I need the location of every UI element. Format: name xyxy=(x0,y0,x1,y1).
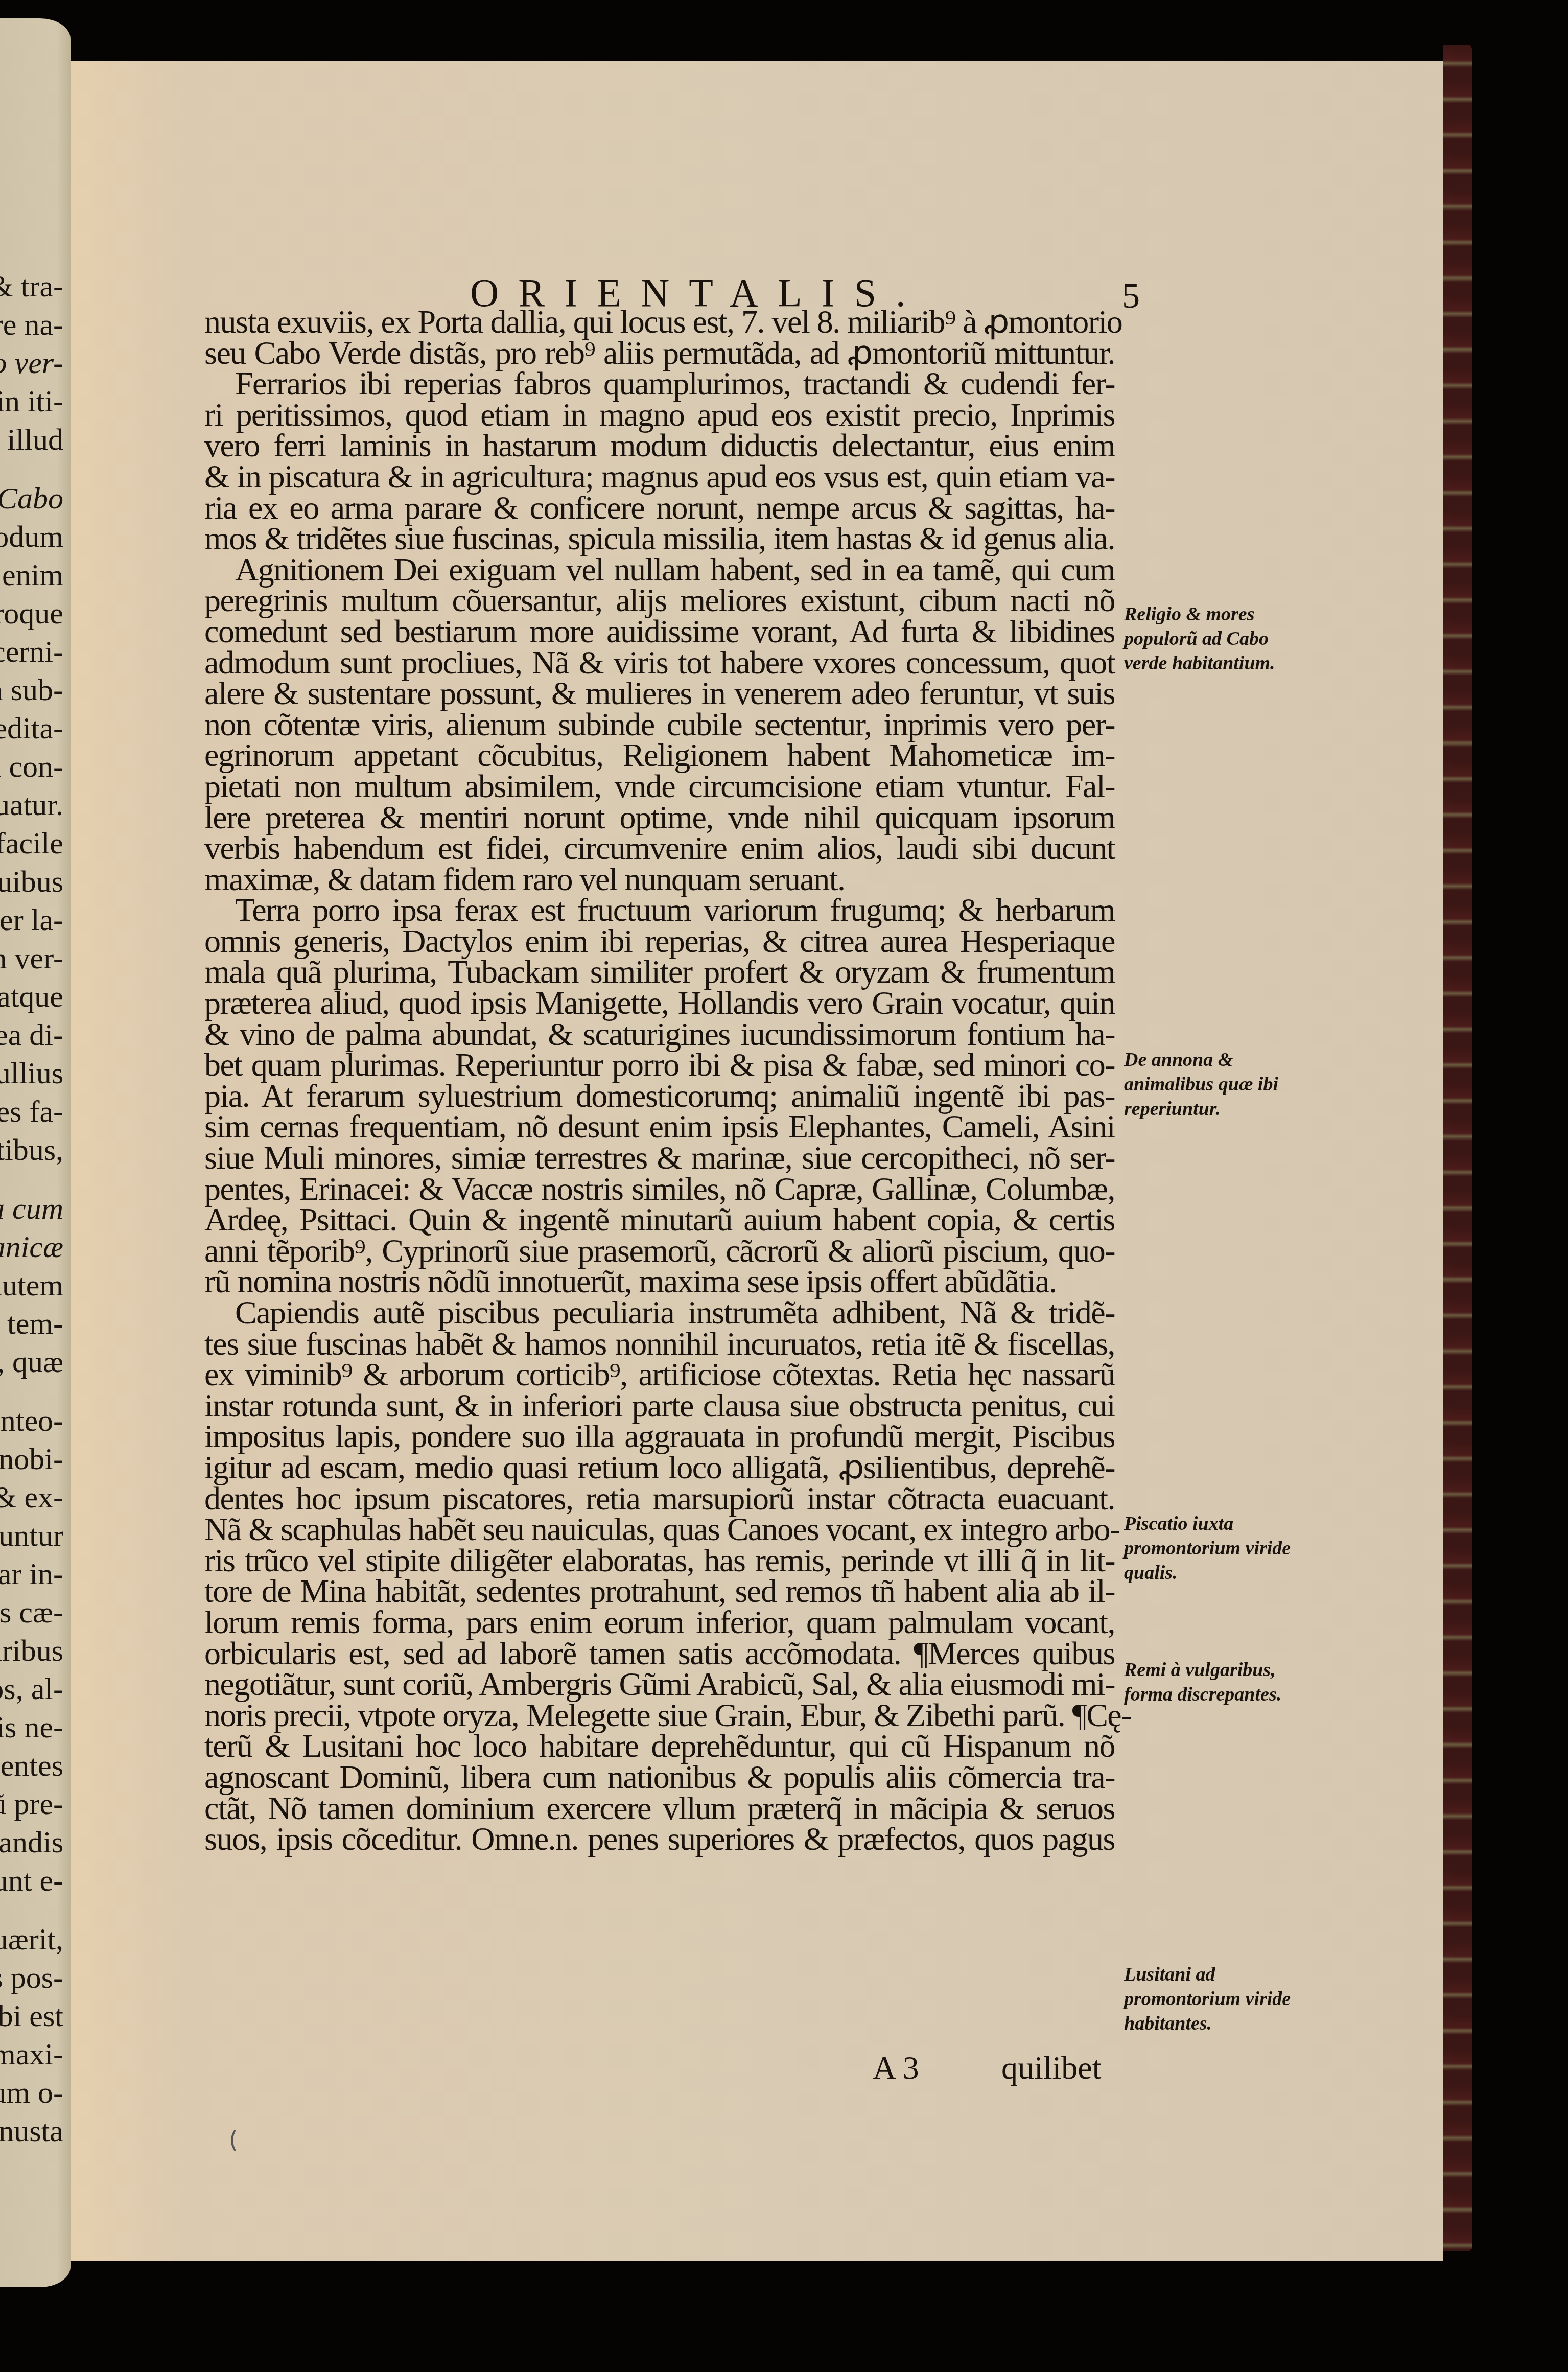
text-line: alere & sustentare possunt, & mulieres i… xyxy=(204,678,1115,709)
left-page-text-line: estiuntur xyxy=(0,1520,63,1551)
margin-note-fishing: Piscatio iuxta promontorium viride quali… xyxy=(1124,1511,1293,1585)
text-line: ctãt, Nõ tamen dominium exercere vllum p… xyxy=(204,1793,1115,1824)
left-page-text-line: casum ver- xyxy=(0,943,63,973)
text-line: orbicularis est, sed ad laborẽ tamen sat… xyxy=(204,1638,1115,1669)
left-page-text-line: a discerni- xyxy=(0,636,63,667)
left-page-text-line: onunt e- xyxy=(0,1865,63,1896)
page-number: 5 xyxy=(1122,276,1140,317)
text-line: ri peritissimos, quod etiam in magno apu… xyxy=(204,400,1115,431)
left-page-text-line: ui linteo- xyxy=(0,1405,63,1436)
text-line: agnoscant Dominũ, libera cum nationibus … xyxy=(204,1762,1115,1793)
text-line: Agnitionem Dei exiguam vel nullam habent… xyxy=(204,554,1115,586)
left-page-text-line: uium sub- xyxy=(0,675,63,705)
margin-note-oars: Remi à vulgaribus, forma discrepantes. xyxy=(1124,1658,1293,1707)
text-line: bet quam plurimas. Reperiuntur porro ibi… xyxy=(204,1050,1115,1081)
left-page-text-line: imul atque xyxy=(0,981,63,1012)
text-line: Capiendis autẽ piscibus peculiaria instr… xyxy=(204,1297,1115,1329)
left-page-text-line: hæc tem- xyxy=(0,1308,63,1339)
text-line: admodum sunt procliues, Nã & viris tot h… xyxy=(204,647,1115,679)
text-line: Terra porro ipsa ferax est fructuum vari… xyxy=(204,895,1115,926)
catchword: quilibet xyxy=(1001,2049,1102,2087)
text-line: anni tẽporib⁹, Cyprinorũ siue prasemorũ,… xyxy=(204,1236,1115,1267)
text-line: siue Muli minores, simiæ terrestres & ma… xyxy=(204,1143,1115,1174)
left-page-text-line: us ab ea di- xyxy=(0,1019,63,1050)
left-page-text-line: cruribus xyxy=(0,1635,63,1666)
text-line: tes siue fuscinas habẽt & hamos nonnihil… xyxy=(204,1329,1115,1360)
left-page-text-line: nusta xyxy=(0,2115,63,2146)
pencil-mark: ( xyxy=(229,2126,238,2153)
text-line: & in piscatura & in agricultura; magnus … xyxy=(204,461,1115,493)
text-line: egrinorum appetant cõcubitus, Religionem… xyxy=(204,740,1115,771)
text-line: dentes hoc ipsum piscatores, retia marsu… xyxy=(204,1483,1115,1515)
left-page-text-line: ollandis xyxy=(0,1827,63,1857)
text-line: suos, ipsis cõceditur. Omne.n. penes sup… xyxy=(204,1824,1115,1855)
left-page-text-line: aquærit, xyxy=(0,1924,63,1955)
left-page-text-line: uas pos- xyxy=(0,1962,63,1993)
text-line: pia. At ferarum syluestrium domesticorum… xyxy=(204,1081,1115,1112)
text-line: igitur ad escam, medio quasi retium loco… xyxy=(204,1452,1115,1483)
text-line: Ferrarios ibi reperias fabros quamplurim… xyxy=(204,368,1115,400)
left-page-text-line: num enim xyxy=(0,560,63,590)
left-page-text-line: n naues fa- xyxy=(0,1096,63,1127)
left-page-text-line: variis cæ- xyxy=(0,1597,63,1627)
left-page-text-line: us ibi est xyxy=(0,2001,63,2031)
left-page-text-line: unt, quæ xyxy=(0,1346,63,1377)
text-line: ria ex eo arma parare & conficere norunt… xyxy=(204,493,1115,524)
margin-note-food-animals: De annona & animalibus quæ ibi reperiunt… xyxy=(1124,1048,1293,1121)
text-line: non cõtentæ viris, alienum subinde cubil… xyxy=(204,709,1115,740)
text-line: verbis habendum est fidei, circumvenire … xyxy=(204,833,1115,864)
text-line: nusta exuviis, ex Porta dallia, qui locu… xyxy=(204,307,1115,338)
left-page-fragment: pe & tra-linare na-e, Cabo ver-aues in i… xyxy=(0,18,71,2287)
left-page-text-line: oum o- xyxy=(0,2077,63,2108)
left-page-text-line: larũ pre- xyxy=(0,1788,63,1819)
text-line: Nã & scaphulas habẽt seu nauiculas, quas… xyxy=(204,1514,1115,1545)
left-page-text-line: instar in- xyxy=(0,1559,63,1589)
margin-note-religion: Religio & mores populorũ ad Cabo verde h… xyxy=(1124,602,1293,676)
left-page-text-line: linare na- xyxy=(0,309,63,340)
left-page-text-line: mo nullius xyxy=(0,1058,63,1088)
left-page-text-line: n nauibus xyxy=(0,866,63,897)
text-line: comedunt sed bestiarum more auidissime v… xyxy=(204,616,1115,647)
left-page-text-line: idem con- xyxy=(0,751,63,782)
text-line: pietati non multum absimilem, vnde circu… xyxy=(204,771,1115,802)
text-line: instar rotunda sunt, & in inferiori part… xyxy=(204,1390,1115,1422)
text-line: ex viminib⁹ & arborum corticib⁹, artific… xyxy=(204,1359,1115,1390)
left-page-text-line: b illis ne- xyxy=(0,1712,63,1742)
text-line: tore de Mina habitãt, sedentes protrahun… xyxy=(204,1576,1115,1607)
left-page-text-line: factos, al- xyxy=(0,1673,63,1704)
signature-mark: A 3 xyxy=(873,2049,919,2087)
margin-note-lusitani: Lusitani ad promontorium viride habitant… xyxy=(1124,1962,1293,2036)
text-line: seu Cabo Verde distãs, pro reb⁹ aliis pe… xyxy=(204,338,1115,369)
text-line: vero ferri laminis in hastarum modum did… xyxy=(204,430,1115,461)
text-line: ris trũco vel stipite diligẽter elaborat… xyxy=(204,1545,1115,1576)
left-page-text-line: vel nobi- xyxy=(0,1444,63,1474)
left-page-text-line: Hispanicæ xyxy=(0,1231,63,1262)
book-binding-edge xyxy=(1443,45,1472,2251)
left-page-text-line: suppedita- xyxy=(0,713,63,743)
left-page-text-line: , nec facile xyxy=(0,828,63,858)
left-page-text-line: s, maxi- xyxy=(0,2039,63,2069)
left-page-text-line: e, Cabo ver- xyxy=(0,347,63,378)
left-page-text-line: oc seu Cabo xyxy=(0,483,63,514)
text-line: lorum remis forma, pars enim eorum infer… xyxy=(204,1607,1115,1638)
text-line: peregrinis multum cõuersantur, alijs mel… xyxy=(204,585,1115,616)
text-line: & vino de palma abundat, & scaturigines … xyxy=(204,1019,1115,1050)
text-line: terũ & Lusitani hoc loco habitare depreh… xyxy=(204,1731,1115,1762)
text-line: rũ nomina nostris nõdũ innotuerũt, maxim… xyxy=(204,1266,1115,1297)
left-page-text-line: ur, & ex- xyxy=(0,1482,63,1513)
text-line: negotiãtur, sunt coriũ, Ambergris Gũmi A… xyxy=(204,1669,1115,1700)
text-line: impositus lapis, pondere suo illa aggrau… xyxy=(204,1421,1115,1452)
left-page-text-line: propter la- xyxy=(0,904,63,935)
text-line: mala quã plurima, Tubackam similiter pro… xyxy=(204,957,1115,988)
text-line: maximæ, & datam fidem raro vel nunquam s… xyxy=(204,864,1115,895)
text-line: omnis generis, Dactylos enim ibi reperia… xyxy=(204,926,1115,957)
text-line: lere preterea & mentiri norunt optime, v… xyxy=(204,802,1115,833)
text-line: Ardeę, Psittaci. Quin & ingentẽ minutarũ… xyxy=(204,1204,1115,1236)
left-page-text-line: onia cum xyxy=(0,1193,63,1224)
text-line: pentes, Erinacei: & Vaccæ nostris simile… xyxy=(204,1174,1115,1205)
left-page-text-line: uigantibus, xyxy=(0,1134,63,1165)
body-text: nusta exuviis, ex Porta dallia, qui locu… xyxy=(204,307,1115,1855)
text-line: mos & tridẽtes siue fuscinas, spicula mi… xyxy=(204,523,1115,554)
text-line: noris precii, vtpote oryza, Melegette si… xyxy=(204,1700,1115,1731)
left-page-text-line: b vtroque xyxy=(0,598,63,629)
left-page-text-line: nt autem xyxy=(0,1270,63,1300)
left-page-text-line: pe & tra- xyxy=(0,271,63,301)
left-page-text-line: rium illud xyxy=(0,424,63,455)
left-page-text-line: linquatur. xyxy=(0,789,63,820)
left-page-text-line: aues in iti- xyxy=(0,386,63,416)
text-line: præterea aliud, quod ipsis Manigette, Ho… xyxy=(204,988,1115,1019)
text-line: sim cernas frequentiam, nõ desunt enim i… xyxy=(204,1111,1115,1143)
left-page-text-line: , dentes xyxy=(0,1750,63,1781)
left-page-text-line: admodum xyxy=(0,521,63,552)
